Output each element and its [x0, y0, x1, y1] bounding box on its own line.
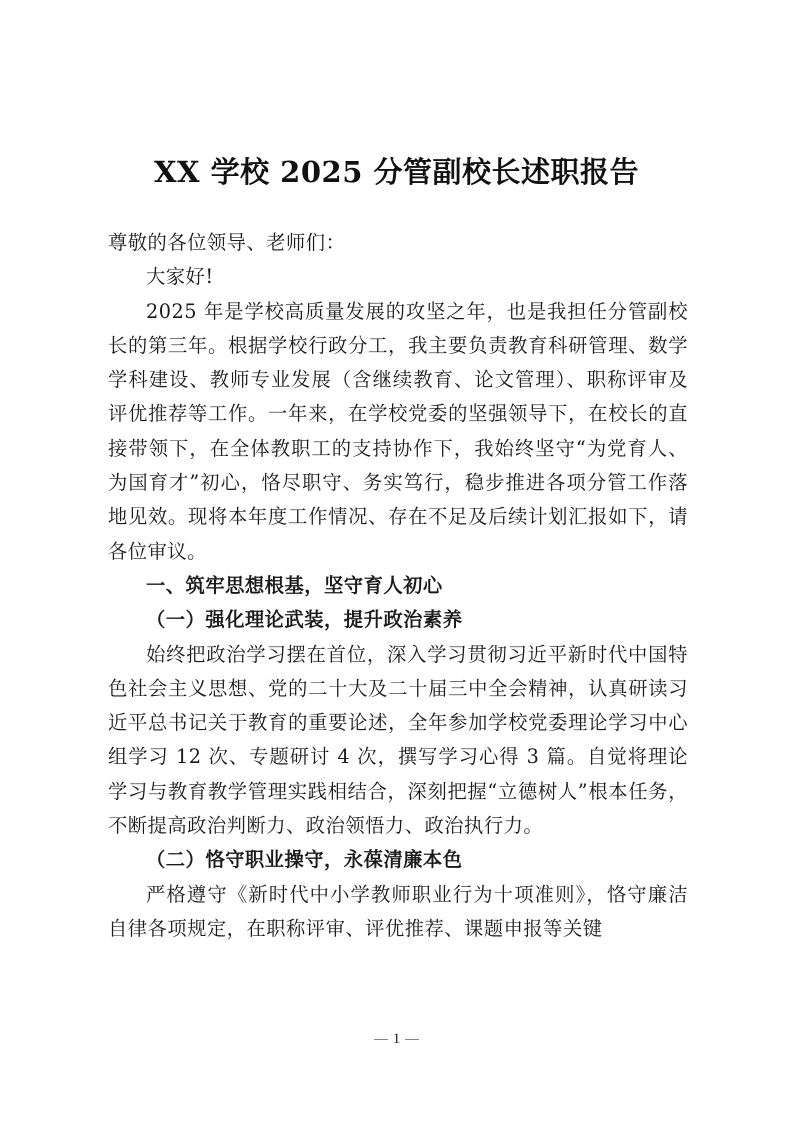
page-number: 1	[393, 1031, 401, 1047]
dash-right-icon	[405, 1039, 419, 1040]
subsection-body-2: 严格遵守《新时代中小学教师职业行为十项准则》，恪守廉洁自律各项规定，在职称评审、…	[108, 878, 688, 947]
section-heading-1: 一、筑牢思想根基，坚守育人初心	[108, 569, 688, 603]
page-footer: 1	[0, 1031, 793, 1048]
salutation: 尊敬的各位领导、老师们：	[108, 226, 688, 260]
subsection-heading-2: （二）恪守职业操守，永葆清廉本色	[108, 843, 688, 877]
document-page: XX 学校 2025 分管副校长述职报告 尊敬的各位领导、老师们： 大家好! 2…	[0, 0, 793, 1122]
document-title: XX 学校 2025 分管副校长述职报告	[0, 150, 793, 191]
subsection-body-1: 始终把政治学习摆在首位，深入学习贯彻习近平新时代中国特色社会主义思想、党的二十大…	[108, 638, 688, 844]
intro-paragraph: 2025 年是学校高质量发展的攻坚之年，也是我担任分管副校长的第三年。根据学校行…	[108, 295, 688, 569]
subsection-heading-1: （一）强化理论武装，提升政治素养	[108, 603, 688, 637]
dash-left-icon	[374, 1039, 388, 1040]
greeting: 大家好!	[108, 260, 688, 294]
document-body: 尊敬的各位领导、老师们： 大家好! 2025 年是学校高质量发展的攻坚之年，也是…	[108, 226, 688, 946]
